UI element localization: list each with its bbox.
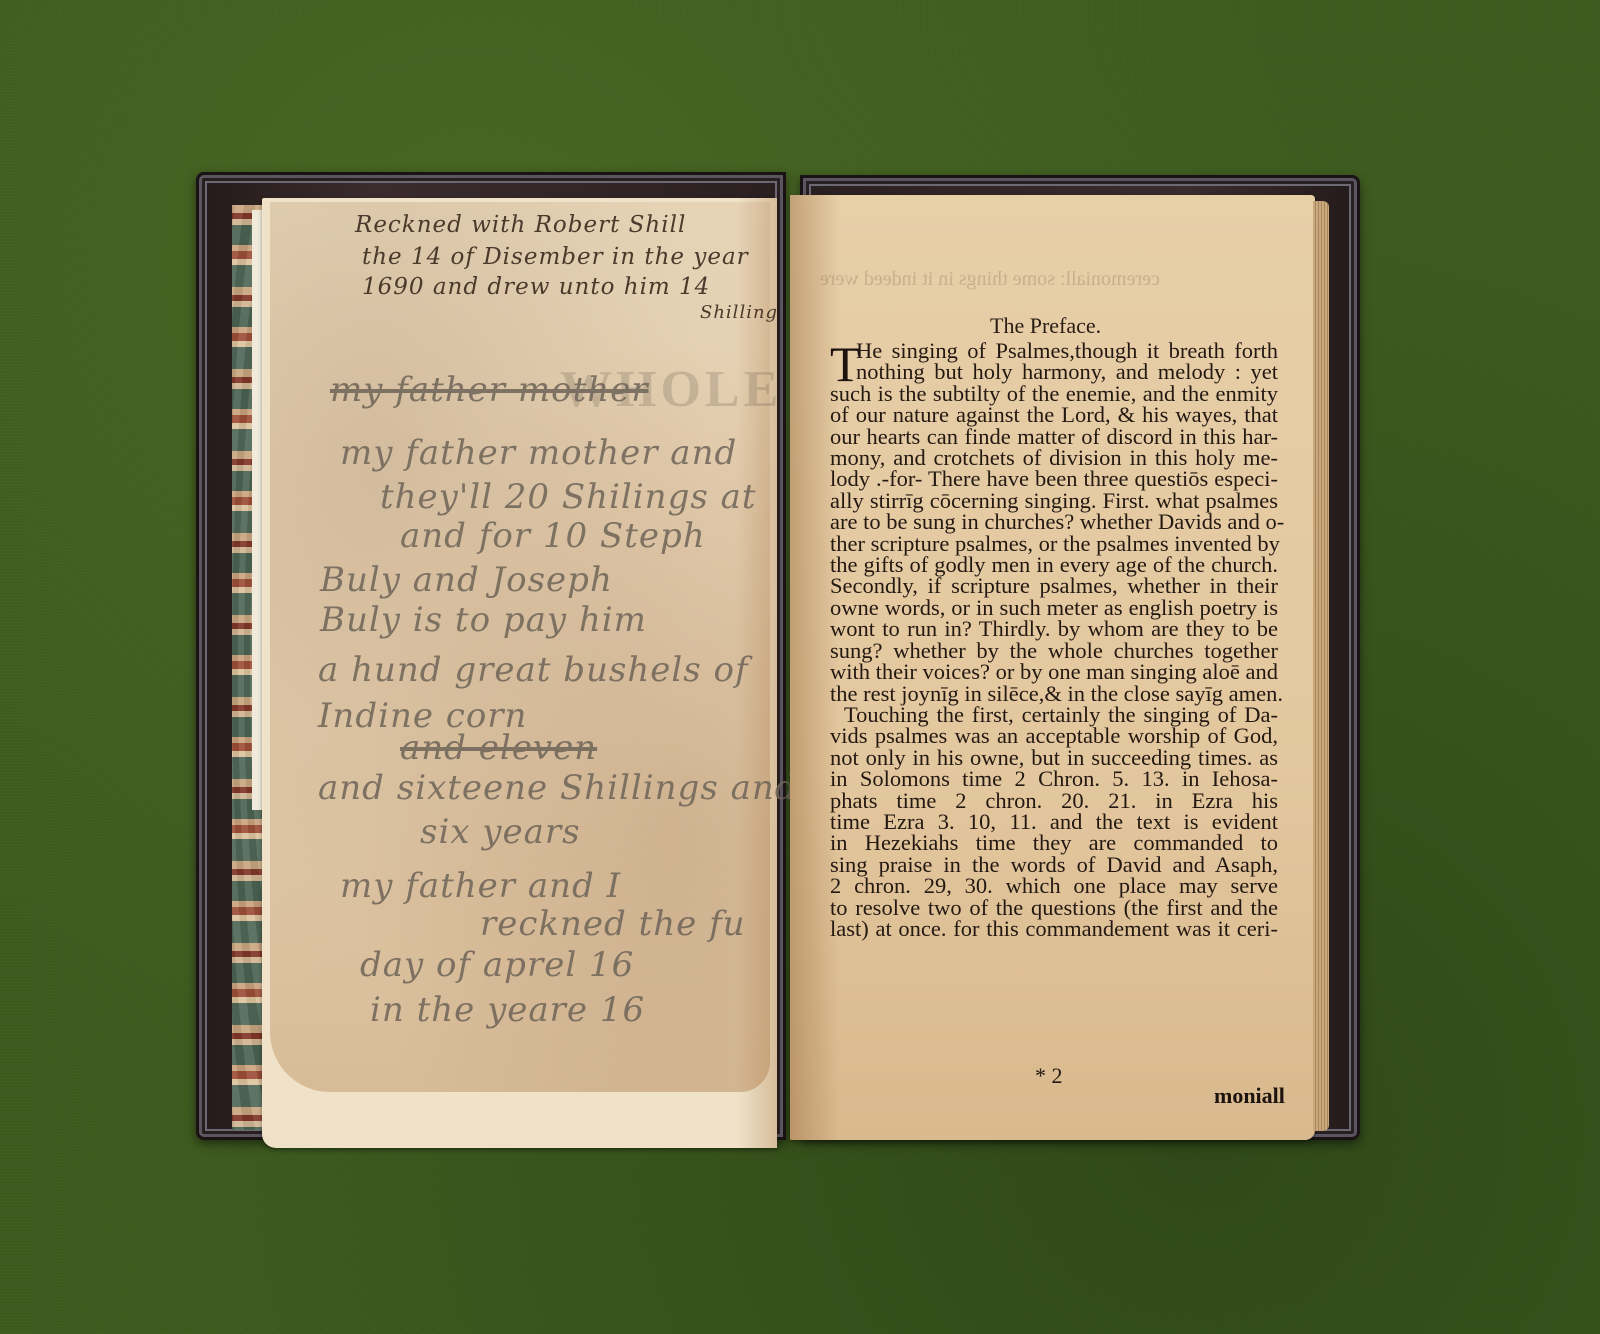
signature-mark: * 2 — [1035, 1063, 1063, 1089]
pencil-line: a hund great bushels of — [318, 650, 749, 690]
text-line: lody .-for- There have been three questi… — [830, 468, 1278, 489]
preface-text: He singing of Psalmes,though it breath f… — [830, 340, 1278, 939]
pencil-line: they'll 20 Shilings at — [380, 477, 757, 517]
catchword: moniall — [1214, 1083, 1285, 1109]
pencil-line: reckned the fu — [480, 904, 746, 944]
text-line: He singing of Psalmes,though it breath f… — [830, 340, 1278, 361]
text-line: 2 chron. 29, 30. which one place may ser… — [830, 875, 1278, 896]
text-line: ally stirrīg cōcerning singing. First. w… — [830, 490, 1278, 511]
text-line: sing praise in the words of David and As… — [830, 854, 1278, 875]
text-line: ther scripture psalmes, or the psalmes i… — [830, 533, 1278, 554]
ink-line: Reckned with Robert Shill — [355, 212, 686, 238]
pencil-line: and eleven — [400, 728, 597, 768]
pencil-line: my father and I — [340, 866, 621, 906]
text-line: of our nature against the Lord, & his wa… — [830, 404, 1278, 425]
page-title: The Preface. — [990, 313, 1101, 339]
page-edges — [1313, 201, 1329, 1131]
text-line: in Solomons time 2 Chron. 5. 13. in Ieho… — [830, 768, 1278, 789]
pencil-line: day of aprel 16 — [360, 945, 634, 985]
text-line: Touching the first, certainly the singin… — [830, 704, 1278, 725]
pencil-line: and for 10 Steph — [400, 516, 706, 556]
text-line: last) at once. for this commandement was… — [830, 918, 1278, 939]
text-line: vids psalmes was an acceptable worship o… — [830, 725, 1278, 746]
text-line: in Hezekiahs time they are commanded to — [830, 832, 1278, 853]
text-line: sung? whether by the whole churches toge… — [830, 640, 1278, 661]
text-line: such is the subtilty of the enemie, and … — [830, 383, 1278, 404]
ink-line: the 14 of Disember in the year — [362, 244, 749, 270]
pencil-line: six years — [420, 812, 581, 852]
bleed-through-text: ceremoniall: some things in it indeed we… — [820, 268, 1160, 291]
ink-line: 1690 and drew unto him 14 — [362, 274, 710, 300]
text-line: not only in his owne, but in succeeding … — [830, 747, 1278, 768]
pencil-line: Buly and Joseph — [320, 560, 613, 600]
pencil-line: and sixteene Shillings and — [318, 768, 798, 808]
text-line: wont to run in? Thirdly. by whom are the… — [830, 618, 1278, 639]
text-line: the rest joynīg in silēce,& in the close… — [830, 683, 1278, 704]
text-line: our hearts can finde matter of discord i… — [830, 426, 1278, 447]
text-line: are to be sung in churches? whether Davi… — [830, 511, 1278, 532]
ink-line: Shilling — [700, 302, 778, 323]
text-line: Secondly, if scripture psalmes, whether … — [830, 575, 1278, 596]
pencil-line: my father mother — [330, 370, 649, 410]
text-line: with their voices? or by one man singing… — [830, 661, 1278, 682]
text-line: the gifts of godly men in every age of t… — [830, 554, 1278, 575]
text-line: phats time 2 chron. 20. 21. in Ezra his — [830, 790, 1278, 811]
pencil-line: my father mother and — [340, 433, 737, 473]
pencil-line: Buly is to pay him — [320, 600, 647, 640]
text-line: to resolve two of the questions (the fir… — [830, 897, 1278, 918]
text-line: nothing but holy harmony, and melody : y… — [830, 361, 1278, 382]
text-line: owne words, or in such meter as english … — [830, 597, 1278, 618]
text-line: mony, and crotchets of division in this … — [830, 447, 1278, 468]
pencil-line: in the yeare 16 — [370, 990, 645, 1030]
text-line: time Ezra 3. 10, 11. and the text is evi… — [830, 811, 1278, 832]
